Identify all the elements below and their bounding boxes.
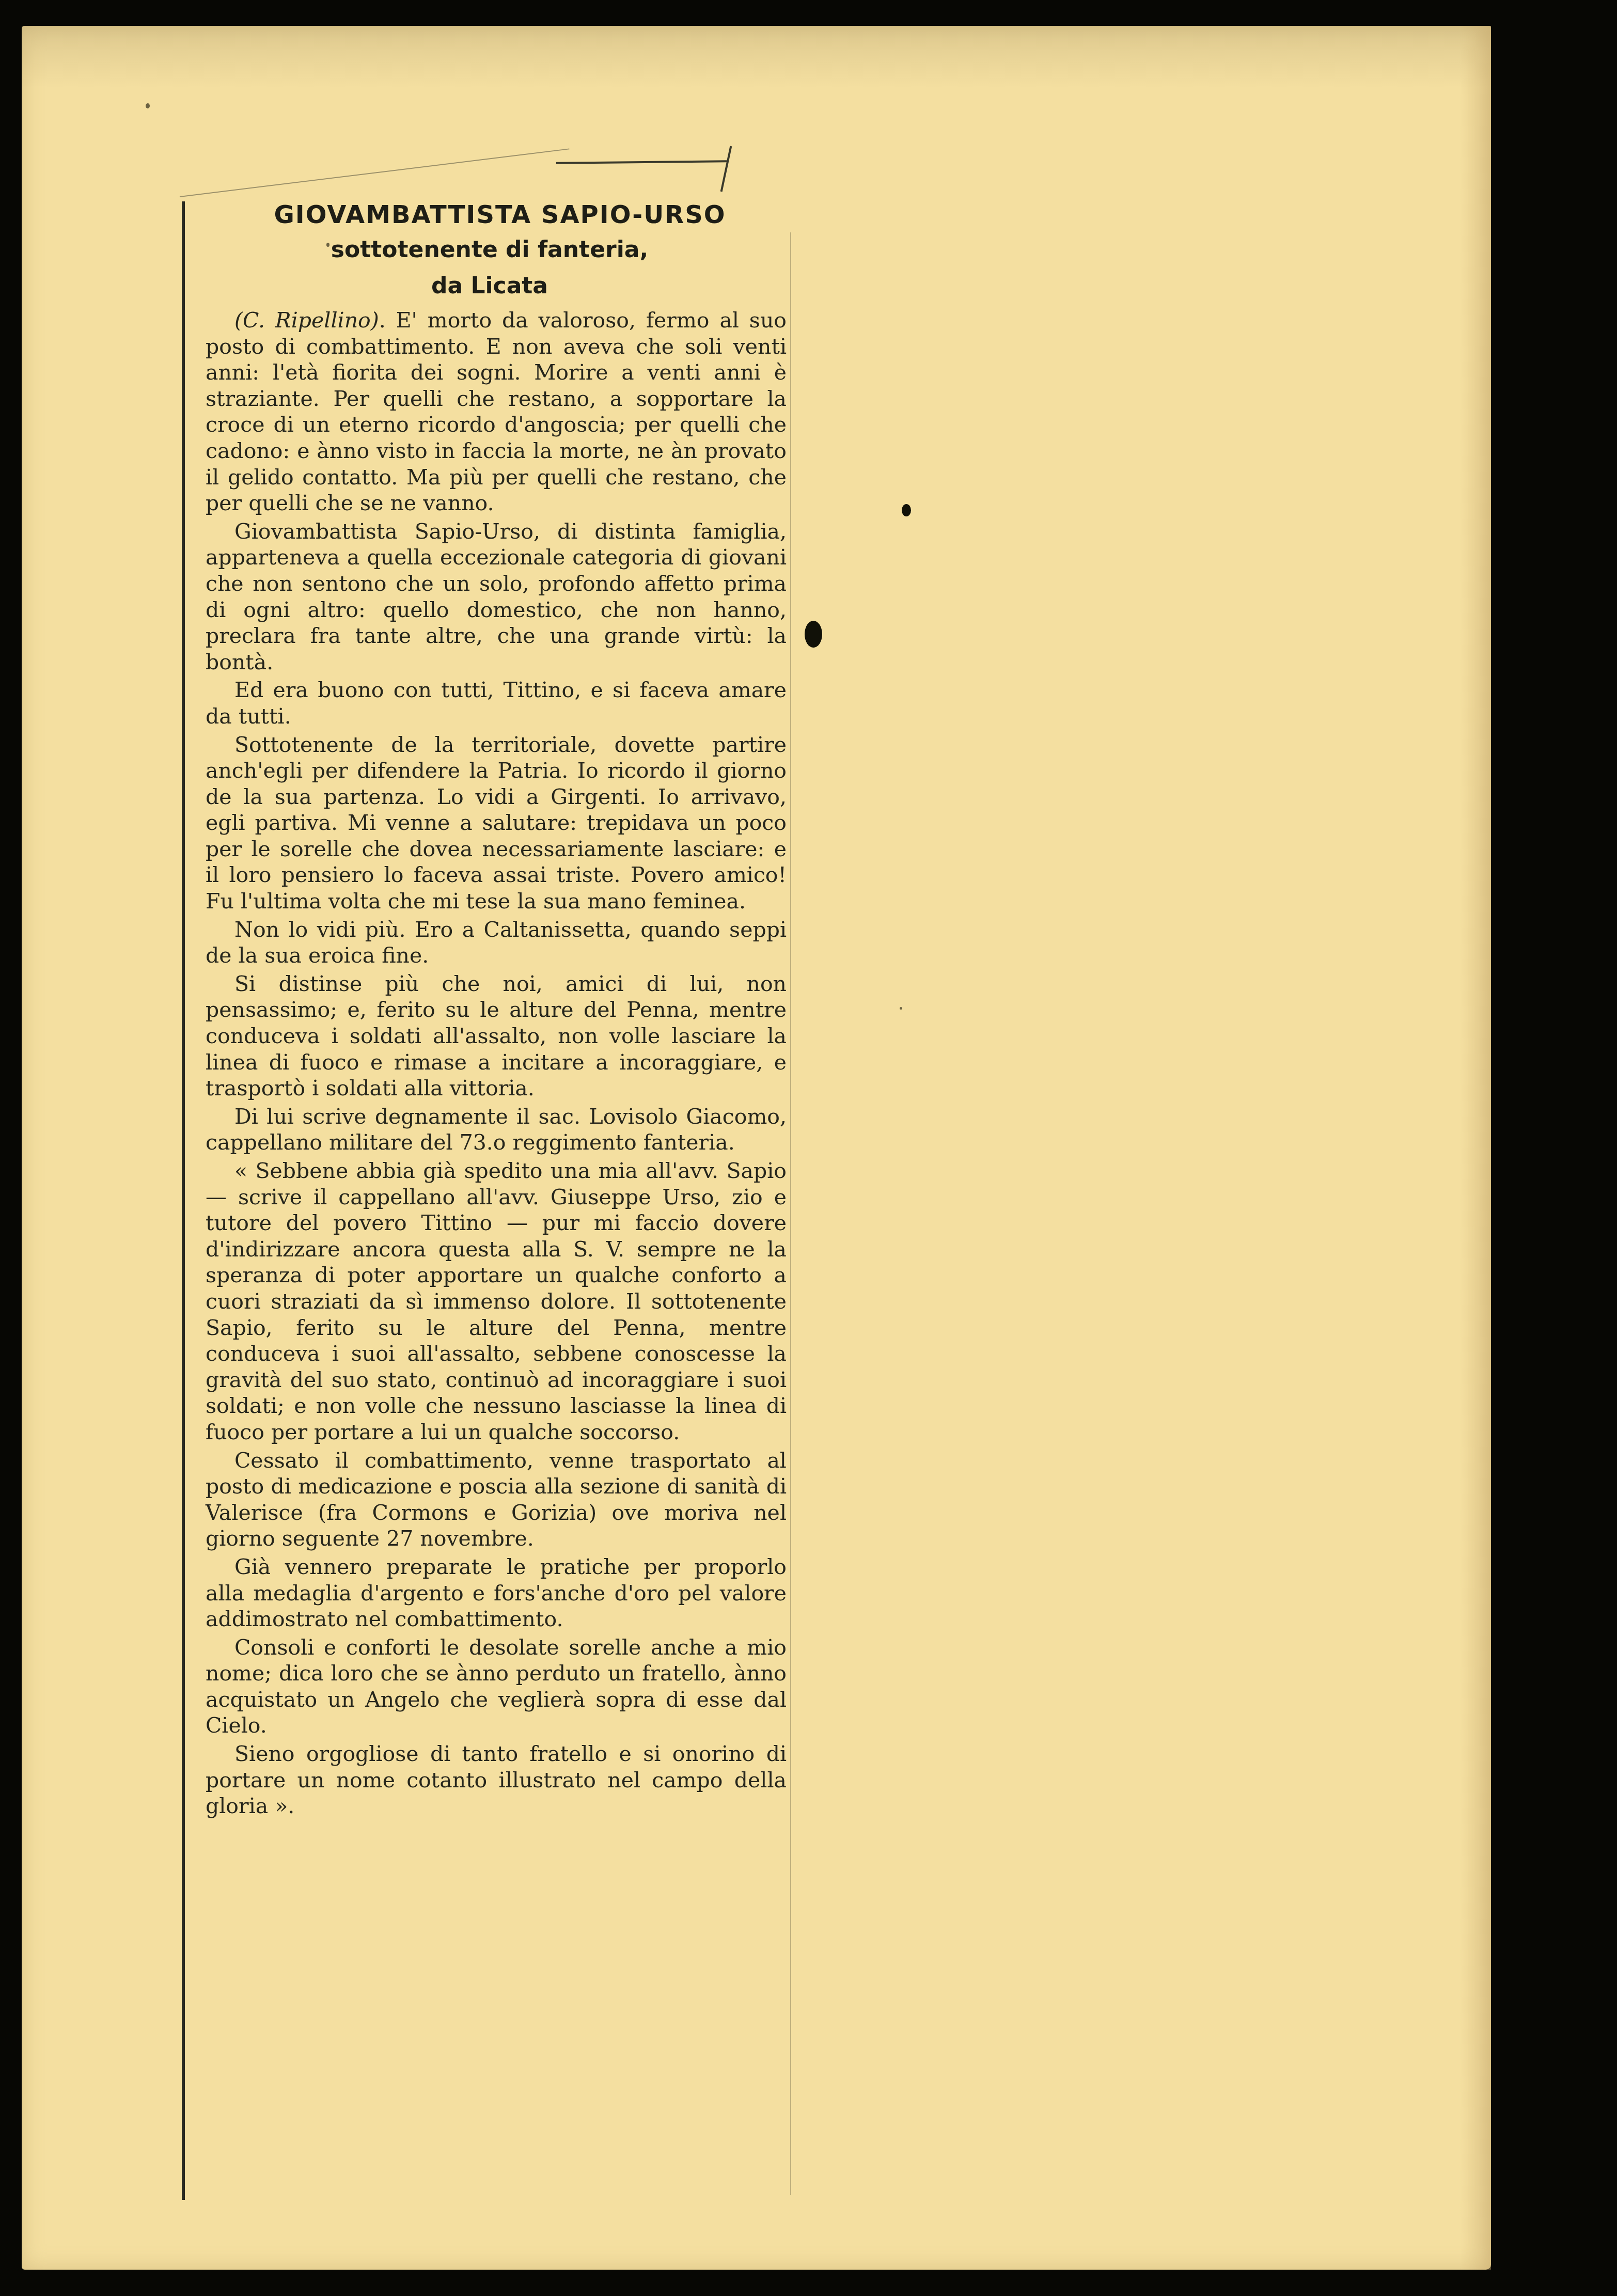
paper-speck [146, 103, 150, 108]
column-rule-top [556, 160, 727, 164]
paragraph: Già vennero preparate le pratiche per pr… [206, 1554, 787, 1632]
paper-speck [900, 1007, 902, 1010]
paragraph: (C. Ripellino). E' morto da valoroso, fe… [206, 307, 787, 516]
paragraph: Sottotenente de la territoriale, dovette… [206, 732, 787, 915]
paragraph: Consoli e conforti le desolate sorelle a… [206, 1634, 787, 1739]
paragraph: Non lo vidi più. Ero a Caltanissetta, qu… [206, 917, 787, 969]
paragraph: Di lui scrive degnamente il sac. Lovisol… [206, 1104, 787, 1156]
paragraph: Ed era buono con tutti, Tittino, e si fa… [206, 677, 787, 729]
ink-blot [805, 621, 822, 648]
subheadline-rank: sottotenente di fanteria, [185, 237, 794, 263]
newspaper-clipping: GIOVAMBATTISTA SAPIO-URSO sottotenente d… [182, 201, 794, 2200]
clipping-cut-edge [180, 148, 570, 197]
ink-blot [902, 504, 911, 516]
paper-card: GIOVAMBATTISTA SAPIO-URSO sottotenente d… [22, 26, 1491, 2270]
article-body: (C. Ripellino). E' morto da valoroso, fe… [206, 307, 787, 1819]
paragraph: Sieno orgogliose di tanto fratello e si … [206, 1741, 787, 1819]
paragraph: Si distinse più che noi, amici di lui, n… [206, 971, 787, 1102]
headline: GIOVAMBATTISTA SAPIO-URSO [242, 200, 758, 229]
paragraph: Cessato il combattimento, venne trasport… [206, 1448, 787, 1552]
paper-speck [326, 243, 329, 247]
paragraph: « Sebbene abbia già spedito una mia all'… [206, 1158, 787, 1445]
column-rule-corner [720, 146, 732, 192]
byline: (C. Ripellino) [234, 308, 379, 333]
paragraph: Giovambattista Sapio-Urso, di distinta f… [206, 518, 787, 675]
subheadline-origin: da Licata [185, 273, 794, 299]
